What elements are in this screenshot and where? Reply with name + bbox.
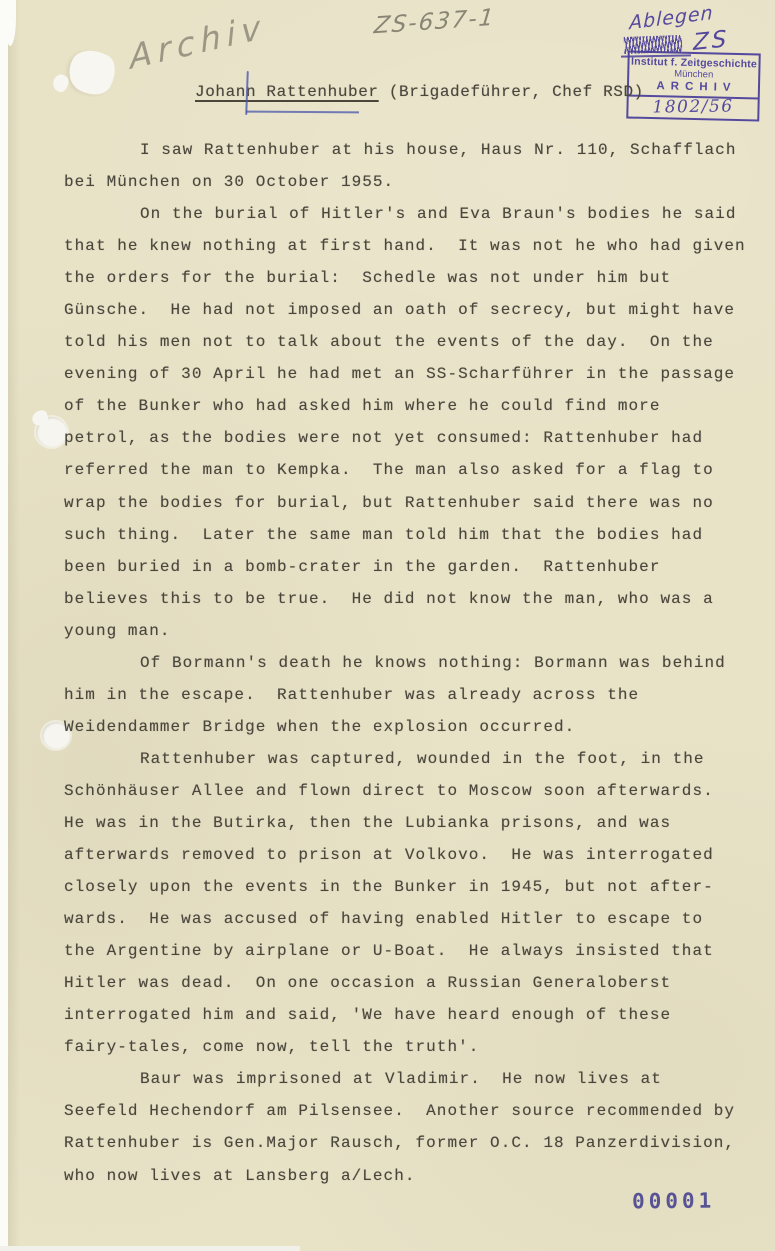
stamp-archiv-label: ARCHIV [629,80,758,95]
text-line: been buried in a bomb-crater in the gard… [64,551,766,583]
blue-mark-underline [246,111,359,114]
text-line: Weidendammer Bridge when the explosion o… [64,711,766,743]
document-title: Johann Rattenhuber (Brigadeführer, Chef … [195,83,644,101]
text-line: interrogated him and said, 'We have hear… [64,999,766,1031]
document-body: I saw Rattenhuber at his house, Haus Nr.… [64,134,766,1192]
text-line: such thing. Later the same man told him … [64,519,766,551]
text-line: Hitler was dead. On one occasion a Russi… [64,967,766,999]
document-page: Archiv ZS-637-1 Ablegen ZS Institut f. Z… [0,0,775,1251]
scan-edge-bottom [0,1246,300,1251]
text-line: wards. He was accused of having enabled … [64,903,766,935]
scan-edge [0,0,8,1251]
paper-damage-spot [61,42,122,102]
text-line: closely upon the events in the Bunker in… [64,871,766,903]
text-line: referred the man to Kempka. The man also… [64,454,766,486]
text-line: bei München on 30 October 1955. [64,166,766,198]
text-line: that he knew nothing at first hand. It w… [64,230,766,262]
text-line: He was in the Butirka, then the Lubianka… [64,807,766,839]
text-line: I saw Rattenhuber at his house, Haus Nr.… [64,134,766,166]
text-line: the Argentine by airplane or U-Boat. He … [64,935,766,967]
text-line: Schönhäuser Allee and flown direct to Mo… [64,775,766,807]
pencil-note-archiv: Archiv [128,6,268,77]
pencil-reference-number: ZS-637-1 [373,5,497,40]
punch-hole-top [36,417,67,447]
title-name: Johann Rattenhuber [195,83,379,101]
text-line: petrol, as the bodies were not yet consu… [64,422,766,454]
title-role: (Brigadeführer, Chef RSD) [379,83,644,101]
text-line: fairy-tales, come now, tell the truth'. [64,1031,766,1063]
text-line: Baur was imprisoned at Vladimir. He now … [64,1063,766,1095]
text-line: Of Bormann's death he knows nothing: Bor… [64,647,766,679]
text-line: believes this to be true. He did not kno… [64,583,766,615]
text-line: told his men not to talk about the event… [64,326,766,358]
text-line: him in the escape. Rattenhuber was alrea… [64,679,766,711]
page-number-stamp: 00001 [632,1189,715,1214]
text-line: Seefeld Hechendorf am Pilsensee. Another… [64,1095,766,1127]
archive-stamp: Institut f. Zeitgeschichte München ARCHI… [626,51,761,122]
text-line: Rattenhuber is Gen.Major Rausch, former … [64,1127,766,1159]
text-line: evening of 30 April he had met an SS-Sch… [64,358,766,390]
text-line: of the Bunker who had asked him where he… [64,390,766,422]
text-line: Rattenhuber was captured, wounded in the… [64,743,766,775]
text-line: Günsche. He had not imposed an oath of s… [64,294,766,326]
text-line: who now lives at Lansberg a/Lech. [64,1160,766,1192]
text-line: afterwards removed to prison at Volkovo.… [64,839,766,871]
text-line: the orders for the burial: Schedle was n… [64,262,766,294]
text-line: wrap the bodies for burial, but Rattenhu… [64,487,766,519]
text-line: On the burial of Hitler's and Eva Braun'… [64,198,766,230]
stamp-accession-number: 1802/56 [628,96,757,118]
text-line: young man. [64,615,766,647]
